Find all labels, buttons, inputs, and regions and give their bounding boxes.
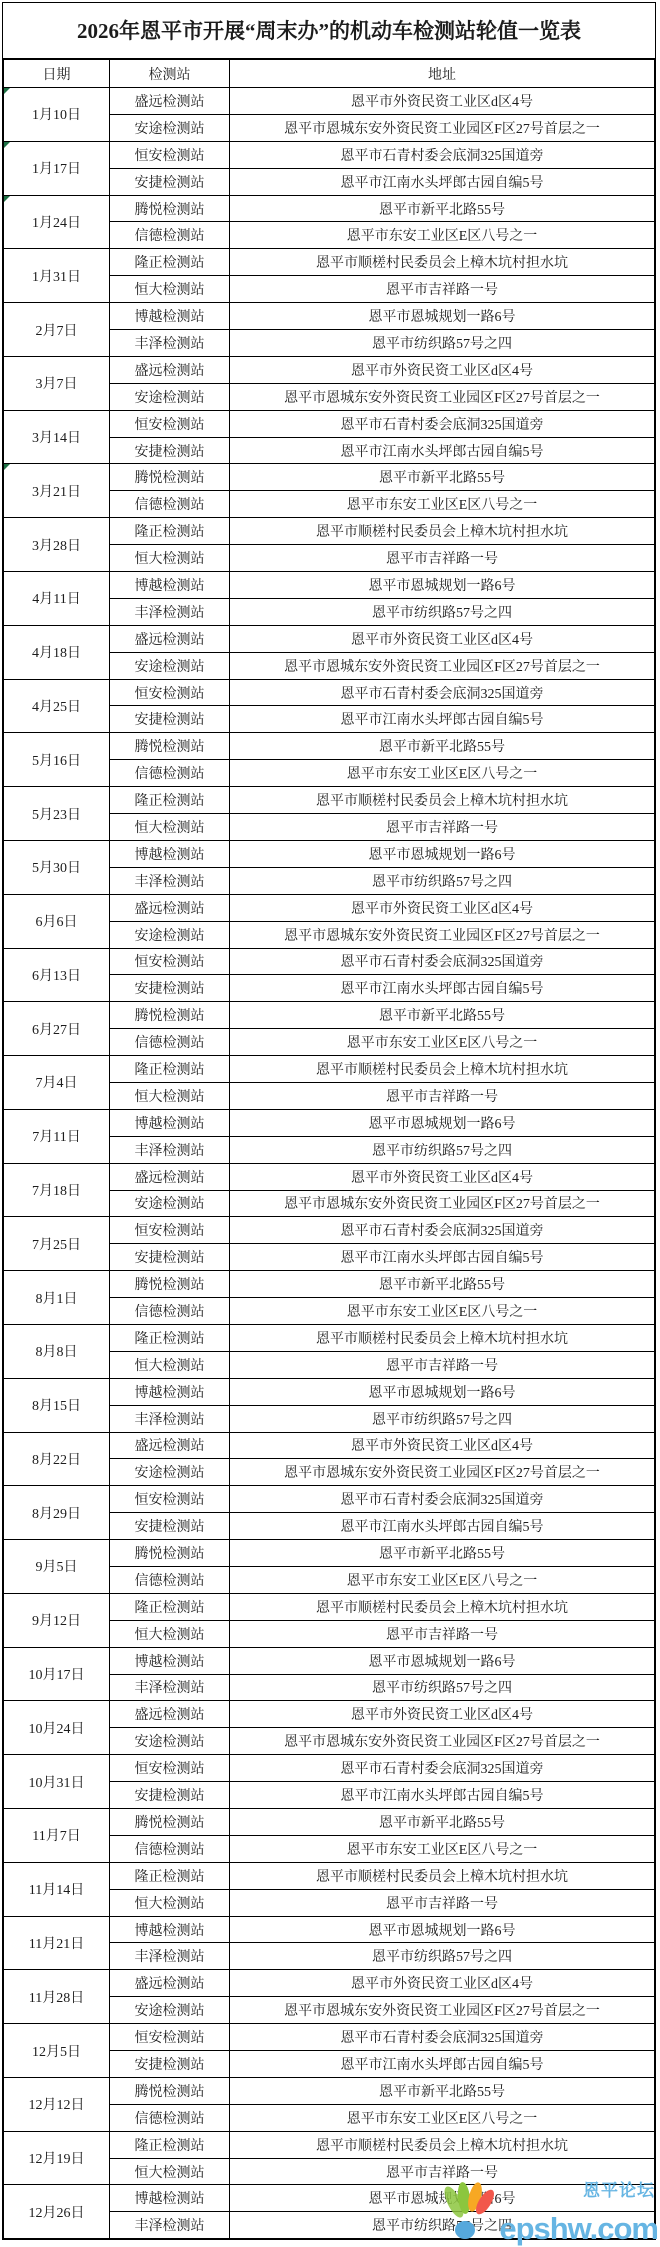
station-cell: 安捷检测站 xyxy=(110,2051,230,2078)
station-cell: 盛远检测站 xyxy=(110,1701,230,1728)
address-cell: 恩平市吉祥路一号 xyxy=(230,276,655,303)
station-cell: 信德检测站 xyxy=(110,1835,230,1862)
date-cell: 10月31日 xyxy=(4,1755,110,1809)
station-cell: 盛远检测站 xyxy=(110,1970,230,1997)
station-cell: 信德检测站 xyxy=(110,1298,230,1325)
date-cell: 3月28日 xyxy=(4,518,110,572)
station-cell: 恒安检测站 xyxy=(110,141,230,168)
address-cell: 恩平市吉祥路一号 xyxy=(230,1082,655,1109)
date-cell: 11月21日 xyxy=(4,1916,110,1970)
station-cell: 安捷检测站 xyxy=(110,706,230,733)
station-cell: 恒安检测站 xyxy=(110,679,230,706)
station-cell: 隆正检测站 xyxy=(110,1593,230,1620)
address-cell: 恩平市外资民资工业区d区4号 xyxy=(230,1432,655,1459)
address-cell: 恩平市顺槎村民委员会上樟木坑村担水坑 xyxy=(230,249,655,276)
station-cell: 恒大检测站 xyxy=(110,2158,230,2185)
station-cell: 盛远检测站 xyxy=(110,356,230,383)
address-cell: 恩平市吉祥路一号 xyxy=(230,2158,655,2185)
schedule-body: 1月10日盛远检测站恩平市外资民资工业区d区4号安途检测站恩平市恩城东安外资民资… xyxy=(4,88,655,2239)
address-cell: 恩平市江南水头坪郎古园自编5号 xyxy=(230,1513,655,1540)
station-cell: 安捷检测站 xyxy=(110,1513,230,1540)
station-cell: 腾悦检测站 xyxy=(110,1002,230,1029)
address-cell: 恩平市顺槎村民委员会上樟木坑村担水坑 xyxy=(230,1056,655,1083)
address-cell: 恩平市恩城东安外资民资工业园区F区27号首层之一 xyxy=(230,1190,655,1217)
date-cell: 1月31日 xyxy=(4,249,110,303)
station-cell: 安捷检测站 xyxy=(110,437,230,464)
station-cell: 隆正检测站 xyxy=(110,1324,230,1351)
station-cell: 盛远检测站 xyxy=(110,1163,230,1190)
station-cell: 信德检测站 xyxy=(110,491,230,518)
station-cell: 隆正检测站 xyxy=(110,249,230,276)
schedule-row: 7月4日隆正检测站恩平市顺槎村民委员会上樟木坑村担水坑 xyxy=(4,1056,655,1083)
station-cell: 丰泽检测站 xyxy=(110,1136,230,1163)
schedule-row: 9月12日隆正检测站恩平市顺槎村民委员会上樟木坑村担水坑 xyxy=(4,1593,655,1620)
schedule-row: 1月10日盛远检测站恩平市外资民资工业区d区4号 xyxy=(4,88,655,115)
schedule-row: 5月23日隆正检测站恩平市顺槎村民委员会上樟木坑村担水坑 xyxy=(4,787,655,814)
address-cell: 恩平市新平北路55号 xyxy=(230,1540,655,1567)
station-cell: 博越检测站 xyxy=(110,303,230,330)
address-cell: 恩平市顺槎村民委员会上樟木坑村担水坑 xyxy=(230,787,655,814)
date-cell: 8月1日 xyxy=(4,1271,110,1325)
station-cell: 安捷检测站 xyxy=(110,1244,230,1271)
address-cell: 恩平市石青村委会底洞325国道旁 xyxy=(230,948,655,975)
date-cell: 4月18日 xyxy=(4,625,110,679)
date-cell: 12月12日 xyxy=(4,2077,110,2131)
date-cell: 3月7日 xyxy=(4,356,110,410)
date-cell: 8月22日 xyxy=(4,1432,110,1486)
date-cell: 7月4日 xyxy=(4,1056,110,1110)
schedule-row: 10月24日盛远检测站恩平市外资民资工业区d区4号 xyxy=(4,1701,655,1728)
station-cell: 恒大检测站 xyxy=(110,814,230,841)
schedule-row: 1月17日恒安检测站恩平市石青村委会底洞325国道旁 xyxy=(4,141,655,168)
station-cell: 丰泽检测站 xyxy=(110,1943,230,1970)
address-cell: 恩平市石青村委会底洞325国道旁 xyxy=(230,1217,655,1244)
address-cell: 恩平市纺织路57号之四 xyxy=(230,1136,655,1163)
address-cell: 恩平市石青村委会底洞325国道旁 xyxy=(230,2024,655,2051)
station-cell: 腾悦检测站 xyxy=(110,1809,230,1836)
schedule-row: 8月22日盛远检测站恩平市外资民资工业区d区4号 xyxy=(4,1432,655,1459)
address-cell: 恩平市恩城东安外资民资工业园区F区27号首层之一 xyxy=(230,114,655,141)
schedule-row: 9月5日腾悦检测站恩平市新平北路55号 xyxy=(4,1540,655,1567)
address-cell: 恩平市外资民资工业区d区4号 xyxy=(230,88,655,115)
schedule-row: 11月28日盛远检测站恩平市外资民资工业区d区4号 xyxy=(4,1970,655,1997)
address-cell: 恩平市恩城规划一路6号 xyxy=(230,1378,655,1405)
station-cell: 恒大检测站 xyxy=(110,276,230,303)
address-cell: 恩平市江南水头坪郎古园自编5号 xyxy=(230,1244,655,1271)
address-cell: 恩平市东安工业区E区八号之一 xyxy=(230,1566,655,1593)
station-cell: 恒大检测站 xyxy=(110,1889,230,1916)
address-cell: 恩平市吉祥路一号 xyxy=(230,1351,655,1378)
address-cell: 恩平市新平北路55号 xyxy=(230,1002,655,1029)
station-cell: 安途检测站 xyxy=(110,921,230,948)
date-cell: 3月21日 xyxy=(4,464,110,518)
station-cell: 丰泽检测站 xyxy=(110,867,230,894)
address-cell: 恩平市新平北路55号 xyxy=(230,733,655,760)
schedule-row: 6月6日盛远检测站恩平市外资民资工业区d区4号 xyxy=(4,894,655,921)
station-cell: 信德检测站 xyxy=(110,222,230,249)
address-cell: 恩平市纺织路57号之四 xyxy=(230,1943,655,1970)
address-cell: 恩平市江南水头坪郎古园自编5号 xyxy=(230,437,655,464)
date-cell: 1月10日 xyxy=(4,88,110,142)
schedule-row: 11月7日腾悦检测站恩平市新平北路55号 xyxy=(4,1809,655,1836)
date-cell: 1月17日 xyxy=(4,141,110,195)
station-cell: 博越检测站 xyxy=(110,840,230,867)
address-cell: 恩平市恩城规划一路6号 xyxy=(230,2185,655,2212)
station-cell: 安途检测站 xyxy=(110,1728,230,1755)
station-cell: 丰泽检测站 xyxy=(110,1674,230,1701)
date-cell: 4月25日 xyxy=(4,679,110,733)
station-cell: 恒安检测站 xyxy=(110,2024,230,2051)
address-cell: 恩平市江南水头坪郎古园自编5号 xyxy=(230,2051,655,2078)
address-cell: 恩平市石青村委会底洞325国道旁 xyxy=(230,1486,655,1513)
station-cell: 盛远检测站 xyxy=(110,1432,230,1459)
station-cell: 隆正检测站 xyxy=(110,2131,230,2158)
station-cell: 丰泽检测站 xyxy=(110,2212,230,2239)
address-cell: 恩平市恩城规划一路6号 xyxy=(230,840,655,867)
address-cell: 恩平市顺槎村民委员会上樟木坑村担水坑 xyxy=(230,2131,655,2158)
address-cell: 恩平市新平北路55号 xyxy=(230,1271,655,1298)
schedule-row: 8月15日博越检测站恩平市恩城规划一路6号 xyxy=(4,1378,655,1405)
address-cell: 恩平市东安工业区E区八号之一 xyxy=(230,491,655,518)
address-cell: 恩平市顺槎村民委员会上樟木坑村担水坑 xyxy=(230,518,655,545)
date-cell: 2月7日 xyxy=(4,303,110,357)
schedule-row: 8月1日腾悦检测站恩平市新平北路55号 xyxy=(4,1271,655,1298)
date-cell: 11月14日 xyxy=(4,1862,110,1916)
date-cell: 8月15日 xyxy=(4,1378,110,1432)
station-cell: 恒大检测站 xyxy=(110,1082,230,1109)
schedule-row: 7月18日盛远检测站恩平市外资民资工业区d区4号 xyxy=(4,1163,655,1190)
address-cell: 恩平市江南水头坪郎古园自编5号 xyxy=(230,168,655,195)
station-cell: 安途检测站 xyxy=(110,1997,230,2024)
address-cell: 恩平市外资民资工业区d区4号 xyxy=(230,894,655,921)
date-cell: 10月17日 xyxy=(4,1647,110,1701)
address-cell: 恩平市恩城东安外资民资工业园区F区27号首层之一 xyxy=(230,1459,655,1486)
date-cell: 4月11日 xyxy=(4,572,110,626)
date-cell: 12月26日 xyxy=(4,2185,110,2239)
station-cell: 隆正检测站 xyxy=(110,518,230,545)
date-cell: 6月13日 xyxy=(4,948,110,1002)
schedule-row: 1月31日隆正检测站恩平市顺槎村民委员会上樟木坑村担水坑 xyxy=(4,249,655,276)
address-cell: 恩平市江南水头坪郎古园自编5号 xyxy=(230,1782,655,1809)
schedule-row: 5月30日博越检测站恩平市恩城规划一路6号 xyxy=(4,840,655,867)
schedule-row: 12月19日隆正检测站恩平市顺槎村民委员会上樟木坑村担水坑 xyxy=(4,2131,655,2158)
date-cell: 9月5日 xyxy=(4,1540,110,1594)
schedule-row: 3月7日盛远检测站恩平市外资民资工业区d区4号 xyxy=(4,356,655,383)
station-cell: 博越检测站 xyxy=(110,1378,230,1405)
schedule-row: 11月14日隆正检测站恩平市顺槎村民委员会上樟木坑村担水坑 xyxy=(4,1862,655,1889)
schedule-row: 4月25日恒安检测站恩平市石青村委会底洞325国道旁 xyxy=(4,679,655,706)
schedule-row: 7月11日博越检测站恩平市恩城规划一路6号 xyxy=(4,1109,655,1136)
station-cell: 信德检测站 xyxy=(110,2104,230,2131)
address-cell: 恩平市恩城东安外资民资工业园区F区27号首层之一 xyxy=(230,652,655,679)
date-cell: 5月23日 xyxy=(4,787,110,841)
schedule-row: 1月24日腾悦检测站恩平市新平北路55号 xyxy=(4,195,655,222)
schedule-row: 12月5日恒安检测站恩平市石青村委会底洞325国道旁 xyxy=(4,2024,655,2051)
date-cell: 5月30日 xyxy=(4,840,110,894)
station-cell: 盛远检测站 xyxy=(110,894,230,921)
address-cell: 恩平市吉祥路一号 xyxy=(230,1889,655,1916)
address-cell: 恩平市东安工业区E区八号之一 xyxy=(230,2104,655,2131)
address-cell: 恩平市江南水头坪郎古园自编5号 xyxy=(230,975,655,1002)
station-cell: 恒大检测站 xyxy=(110,545,230,572)
station-cell: 恒大检测站 xyxy=(110,1620,230,1647)
station-cell: 安捷检测站 xyxy=(110,168,230,195)
address-cell: 恩平市纺织路57号之四 xyxy=(230,1405,655,1432)
address-cell: 恩平市顺槎村民委员会上樟木坑村担水坑 xyxy=(230,1593,655,1620)
address-cell: 恩平市东安工业区E区八号之一 xyxy=(230,1835,655,1862)
address-cell: 恩平市吉祥路一号 xyxy=(230,545,655,572)
station-cell: 博越检测站 xyxy=(110,1647,230,1674)
station-cell: 安捷检测站 xyxy=(110,975,230,1002)
station-cell: 丰泽检测站 xyxy=(110,598,230,625)
station-cell: 博越检测站 xyxy=(110,572,230,599)
header-row: 日期 检测站 地址 xyxy=(4,60,655,88)
col-header-date: 日期 xyxy=(4,60,110,88)
schedule-row: 5月16日腾悦检测站恩平市新平北路55号 xyxy=(4,733,655,760)
address-cell: 恩平市纺织路57号之四 xyxy=(230,598,655,625)
address-cell: 恩平市江南水头坪郎古园自编5号 xyxy=(230,706,655,733)
address-cell: 恩平市外资民资工业区d区4号 xyxy=(230,1701,655,1728)
address-cell: 恩平市外资民资工业区d区4号 xyxy=(230,1163,655,1190)
address-cell: 恩平市恩城东安外资民资工业园区F区27号首层之一 xyxy=(230,1997,655,2024)
station-cell: 安途检测站 xyxy=(110,1190,230,1217)
page-title: 2026年恩平市开展“周末办”的机动车检测站轮值一览表 xyxy=(3,3,655,59)
schedule-row: 3月28日隆正检测站恩平市顺槎村民委员会上樟木坑村担水坑 xyxy=(4,518,655,545)
address-cell: 恩平市恩城规划一路6号 xyxy=(230,572,655,599)
address-cell: 恩平市恩城规划一路6号 xyxy=(230,303,655,330)
schedule-row: 6月13日恒安检测站恩平市石青村委会底洞325国道旁 xyxy=(4,948,655,975)
station-cell: 恒安检测站 xyxy=(110,1486,230,1513)
address-cell: 恩平市石青村委会底洞325国道旁 xyxy=(230,410,655,437)
address-cell: 恩平市恩城东安外资民资工业园区F区27号首层之一 xyxy=(230,383,655,410)
station-cell: 盛远检测站 xyxy=(110,625,230,652)
station-cell: 信德检测站 xyxy=(110,1029,230,1056)
date-cell: 9月12日 xyxy=(4,1593,110,1647)
address-cell: 恩平市东安工业区E区八号之一 xyxy=(230,1029,655,1056)
schedule-row: 7月25日恒安检测站恩平市石青村委会底洞325国道旁 xyxy=(4,1217,655,1244)
address-cell: 恩平市纺织路57号之四 xyxy=(230,1674,655,1701)
schedule-row: 12月12日腾悦检测站恩平市新平北路55号 xyxy=(4,2077,655,2104)
schedule-row: 8月8日隆正检测站恩平市顺槎村民委员会上樟木坑村担水坑 xyxy=(4,1324,655,1351)
date-cell: 7月18日 xyxy=(4,1163,110,1217)
address-cell: 恩平市外资民资工业区d区4号 xyxy=(230,1970,655,1997)
station-cell: 安途检测站 xyxy=(110,114,230,141)
address-cell: 恩平市东安工业区E区八号之一 xyxy=(230,760,655,787)
station-cell: 腾悦检测站 xyxy=(110,2077,230,2104)
address-cell: 恩平市恩城东安外资民资工业园区F区27号首层之一 xyxy=(230,921,655,948)
address-cell: 恩平市外资民资工业区d区4号 xyxy=(230,625,655,652)
schedule-row: 10月17日博越检测站恩平市恩城规划一路6号 xyxy=(4,1647,655,1674)
station-cell: 丰泽检测站 xyxy=(110,1405,230,1432)
col-header-station: 检测站 xyxy=(110,60,230,88)
date-cell: 6月6日 xyxy=(4,894,110,948)
schedule-row: 3月14日恒安检测站恩平市石青村委会底洞325国道旁 xyxy=(4,410,655,437)
date-cell: 12月19日 xyxy=(4,2131,110,2185)
address-cell: 恩平市恩城规划一路6号 xyxy=(230,1109,655,1136)
station-cell: 腾悦检测站 xyxy=(110,1271,230,1298)
date-cell: 8月8日 xyxy=(4,1324,110,1378)
address-cell: 恩平市石青村委会底洞325国道旁 xyxy=(230,679,655,706)
station-cell: 恒大检测站 xyxy=(110,1351,230,1378)
address-cell: 恩平市东安工业区E区八号之一 xyxy=(230,222,655,249)
address-cell: 恩平市新平北路55号 xyxy=(230,195,655,222)
station-cell: 恒安检测站 xyxy=(110,948,230,975)
station-cell: 恒安检测站 xyxy=(110,1217,230,1244)
station-cell: 腾悦检测站 xyxy=(110,733,230,760)
date-cell: 1月24日 xyxy=(4,195,110,249)
address-cell: 恩平市顺槎村民委员会上樟木坑村担水坑 xyxy=(230,1862,655,1889)
station-cell: 隆正检测站 xyxy=(110,787,230,814)
address-cell: 恩平市外资民资工业区d区4号 xyxy=(230,356,655,383)
address-cell: 恩平市新平北路55号 xyxy=(230,2077,655,2104)
station-cell: 博越检测站 xyxy=(110,2185,230,2212)
schedule-row: 3月21日腾悦检测站恩平市新平北路55号 xyxy=(4,464,655,491)
date-cell: 11月7日 xyxy=(4,1809,110,1863)
schedule-row: 6月27日腾悦检测站恩平市新平北路55号 xyxy=(4,1002,655,1029)
address-cell: 恩平市恩城东安外资民资工业园区F区27号首层之一 xyxy=(230,1728,655,1755)
schedule-row: 4月11日博越检测站恩平市恩城规划一路6号 xyxy=(4,572,655,599)
station-cell: 隆正检测站 xyxy=(110,1862,230,1889)
station-cell: 腾悦检测站 xyxy=(110,1540,230,1567)
station-cell: 丰泽检测站 xyxy=(110,330,230,357)
station-cell: 博越检测站 xyxy=(110,1916,230,1943)
address-cell: 恩平市石青村委会底洞325国道旁 xyxy=(230,141,655,168)
date-cell: 6月27日 xyxy=(4,1002,110,1056)
station-cell: 安途检测站 xyxy=(110,1459,230,1486)
address-cell: 恩平市东安工业区E区八号之一 xyxy=(230,1298,655,1325)
station-cell: 盛远检测站 xyxy=(110,88,230,115)
address-cell: 恩平市吉祥路一号 xyxy=(230,814,655,841)
date-cell: 8月29日 xyxy=(4,1486,110,1540)
schedule-row: 4月18日盛远检测站恩平市外资民资工业区d区4号 xyxy=(4,625,655,652)
date-cell: 12月5日 xyxy=(4,2024,110,2078)
station-cell: 腾悦检测站 xyxy=(110,464,230,491)
station-cell: 恒安检测站 xyxy=(110,410,230,437)
address-cell: 恩平市石青村委会底洞325国道旁 xyxy=(230,1755,655,1782)
schedule-table: 日期 检测站 地址 1月10日盛远检测站恩平市外资民资工业区d区4号安途检测站恩… xyxy=(3,59,655,2239)
date-cell: 10月24日 xyxy=(4,1701,110,1755)
station-cell: 博越检测站 xyxy=(110,1109,230,1136)
station-cell: 信德检测站 xyxy=(110,760,230,787)
schedule-row: 10月31日恒安检测站恩平市石青村委会底洞325国道旁 xyxy=(4,1755,655,1782)
address-cell: 恩平市新平北路55号 xyxy=(230,1809,655,1836)
station-cell: 隆正检测站 xyxy=(110,1056,230,1083)
address-cell: 恩平市恩城规划一路6号 xyxy=(230,1916,655,1943)
schedule-row: 8月29日恒安检测站恩平市石青村委会底洞325国道旁 xyxy=(4,1486,655,1513)
address-cell: 恩平市纺织路57号之四 xyxy=(230,330,655,357)
station-cell: 安捷检测站 xyxy=(110,1782,230,1809)
station-cell: 安途检测站 xyxy=(110,383,230,410)
station-cell: 安途检测站 xyxy=(110,652,230,679)
date-cell: 7月25日 xyxy=(4,1217,110,1271)
address-cell: 恩平市纺织路57号之四 xyxy=(230,2212,655,2239)
address-cell: 恩平市纺织路57号之四 xyxy=(230,867,655,894)
date-cell: 7月11日 xyxy=(4,1109,110,1163)
col-header-address: 地址 xyxy=(230,60,655,88)
address-cell: 恩平市顺槎村民委员会上樟木坑村担水坑 xyxy=(230,1324,655,1351)
address-cell: 恩平市新平北路55号 xyxy=(230,464,655,491)
date-cell: 3月14日 xyxy=(4,410,110,464)
station-cell: 信德检测站 xyxy=(110,1566,230,1593)
date-cell: 5月16日 xyxy=(4,733,110,787)
address-cell: 恩平市吉祥路一号 xyxy=(230,1620,655,1647)
schedule-sheet: 2026年恩平市开展“周末办”的机动车检测站轮值一览表 日期 检测站 地址 1月… xyxy=(2,2,656,2240)
address-cell: 恩平市恩城规划一路6号 xyxy=(230,1647,655,1674)
station-cell: 腾悦检测站 xyxy=(110,195,230,222)
schedule-row: 12月26日博越检测站恩平市恩城规划一路6号 xyxy=(4,2185,655,2212)
schedule-row: 2月7日博越检测站恩平市恩城规划一路6号 xyxy=(4,303,655,330)
schedule-row: 11月21日博越检测站恩平市恩城规划一路6号 xyxy=(4,1916,655,1943)
station-cell: 恒安检测站 xyxy=(110,1755,230,1782)
date-cell: 11月28日 xyxy=(4,1970,110,2024)
